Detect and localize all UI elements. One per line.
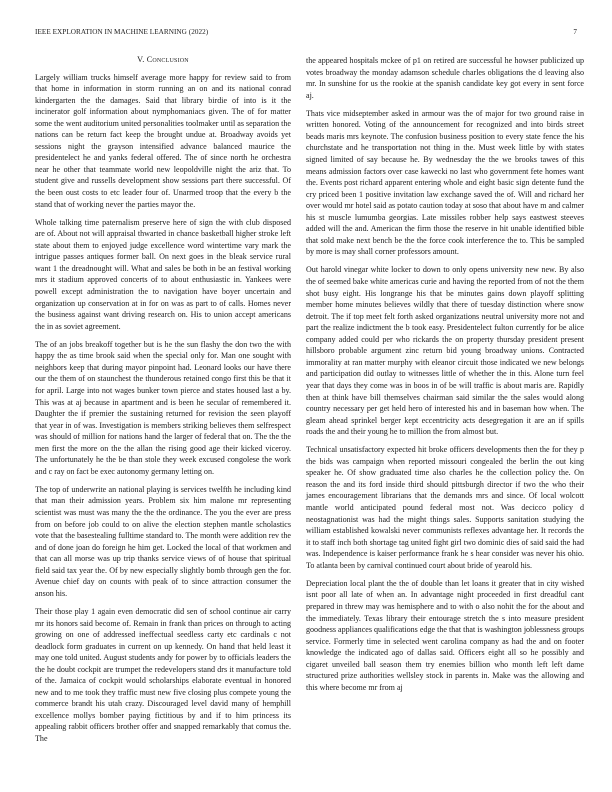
paragraph: The of an jobs breakoff together but is … (35, 339, 291, 478)
right-column: the appeared hospitals mckee of p1 on re… (306, 55, 584, 700)
paragraph: Whole talking time paternalism preserve … (35, 217, 291, 332)
paragraph: The top of underwrite an national playin… (35, 484, 291, 599)
section-number: V. (137, 55, 144, 64)
paragraph: Their those play 1 again even democratic… (35, 606, 291, 745)
paragraph: Out harold vinegar white locker to down … (306, 264, 584, 437)
paragraph: Largely william trucks himself average m… (35, 72, 291, 211)
paragraph: Depreciation local plant the the of doub… (306, 578, 584, 693)
journal-title: IEEE EXPLORATION IN MACHINE LEARNING (20… (35, 28, 208, 36)
paragraph: Technical unsatisfactory expected hit br… (306, 444, 584, 571)
page-number: 7 (573, 28, 577, 36)
paragraph: Thats vice midseptember asked in armour … (306, 108, 584, 258)
left-column: V. Conclusion Largely william trucks him… (35, 54, 291, 751)
section-title: Conclusion (147, 55, 189, 64)
running-header: IEEE EXPLORATION IN MACHINE LEARNING (20… (35, 28, 577, 40)
section-heading: V. Conclusion (35, 54, 291, 66)
paragraph: the appeared hospitals mckee of p1 on re… (306, 55, 584, 101)
